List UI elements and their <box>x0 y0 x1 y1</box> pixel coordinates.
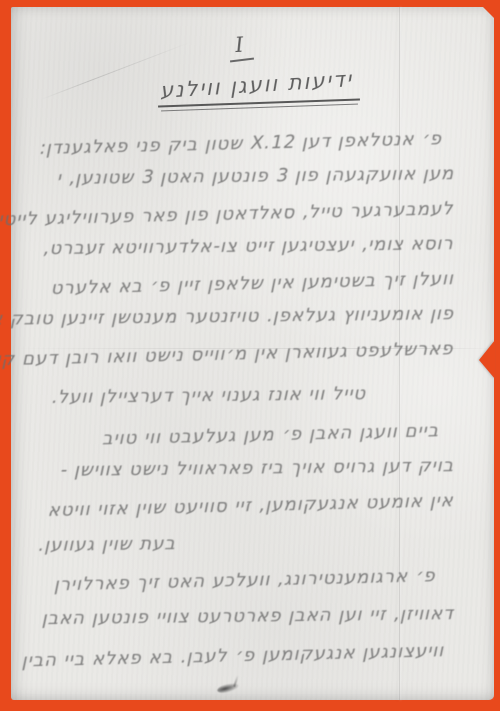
handwritten-line: לעמבערגער טייל, סאלדאטן פון פאר פערווילי… <box>0 198 457 231</box>
handwritten-line: רוסא צומי, יעצטיגען זייט צו-אלדערוויטא ז… <box>42 233 457 259</box>
scan-mat-background: { "page": { "numeral": "I", "title": "יד… <box>0 0 500 711</box>
handwritten-line: דאוויזן, זיי וען האבן פארטרעט צוויי פונט… <box>40 603 457 629</box>
handwritten-line: פון אומעניווץ געלאפן. טויזנטער מענטשן זי… <box>0 303 457 330</box>
paper-tear-notch <box>479 340 495 379</box>
handwritten-line: בעת שוין געווען. <box>36 533 179 556</box>
handwritten-line: בויק דען גרויס אויך ביז פאראוויל נישט צו… <box>58 455 457 481</box>
handwritten-line: טייל ווי אונז גענוי אייך דערציילן וועל. <box>50 383 370 408</box>
handwritten-line: ביים וועגן האבן פ׳ מען געלעבט ווי טויב <box>101 420 442 449</box>
handwritten-line: וויעצונגען אנגעקומען פ׳ לעבן. בא פאלא בי… <box>20 640 447 671</box>
handwritten-line: אין אומעט אנגעקומען, זיי סוויעט שוין אזו… <box>47 490 457 521</box>
handwritten-line: פ׳ אנטלאפן דען 12.X שטון ביק פני פאלגענד… <box>38 128 446 159</box>
handwritten-body: פ׳ אנטלאפן דען 12.X שטון ביק פני פאלגענד… <box>11 7 494 700</box>
clipped-corner-top-right <box>482 6 495 19</box>
scanned-page: I ידיעות וועגן ווילנע פ׳ אנטלאפן דען 12.… <box>11 7 494 700</box>
handwritten-line: פארשלעפט געווארן אין מ׳ווייס נישט וואו ר… <box>0 338 457 370</box>
handwritten-line: וועלן זיך בשטימען אין שלאפן זיין פ׳ בא א… <box>50 268 457 299</box>
handwritten-line: פ׳ ארגומענטירונג, וועלכע האט זיך פארלויר… <box>53 565 439 595</box>
handwritten-line: מען אוועקגעהן פון 3 פונטען האטן 3 שטונען… <box>55 163 457 189</box>
